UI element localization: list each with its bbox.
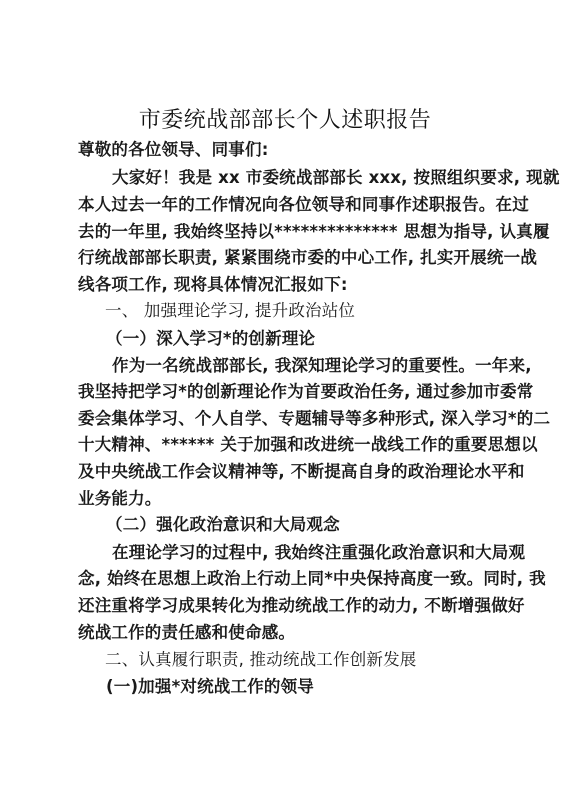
section-heading-1: 一、 加强理论学习, 提升政治站位	[105, 300, 525, 322]
paragraph-line: 委会集体学习、个人自学、专题辅导等多种形式, 深入学习*的二	[78, 408, 498, 430]
subsection-heading: （二）强化政治意识和大局观念	[106, 514, 526, 536]
paragraph-line: 十大精神、****** 关于加强和改进统一战线工作的重要思想以	[78, 434, 498, 456]
paragraph-line: 统战工作的责任感和使命感。	[78, 622, 498, 644]
document-page: 市委统战部部长个人述职报告 尊敬的各位领导、同事们: 大家好！我是 xx 市委统…	[0, 0, 570, 807]
subsection-heading: （一）深入学习*的创新理论	[106, 328, 526, 350]
paragraph-line: 我坚持把学习*的创新理论作为首要政治任务, 通过参加市委常	[78, 381, 498, 403]
subsection-heading: (一)加强*对统战工作的领导	[106, 676, 526, 698]
section-heading-2: 二、认真履行职责, 推动统战工作创新发展	[105, 649, 525, 671]
salutation: 尊敬的各位领导、同事们:	[78, 139, 498, 161]
paragraph-line: 本人过去一年的工作情况向各位领导和同事作述职报告。在过	[78, 194, 498, 216]
paragraph-line: 在理论学习的过程中, 我始终注重强化政治意识和大局观	[112, 542, 532, 564]
paragraph-line: 及中央统战工作会议精神等, 不断提高自身的政治理论水平和	[78, 461, 498, 483]
paragraph-line: 念, 始终在思想上政治上行动上同*中央保持高度一致。同时, 我	[78, 568, 498, 590]
paragraph-line: 去的一年里, 我始终坚持以************** 思想为指导, 认真履	[78, 221, 498, 243]
paragraph-line: 大家好！我是 xx 市委统战部部长 xxx, 按照组织要求, 现就	[112, 167, 532, 189]
paragraph-line: 还注重将学习成果转化为推动统战工作的动力, 不断增强做好	[78, 595, 498, 617]
paragraph-line: 业务能力。	[78, 488, 498, 510]
paragraph-line: 作为一名统战部部长, 我深知理论学习的重要性。一年来,	[112, 355, 532, 377]
paragraph-line: 行统战部部长职责, 紧紧围绕市委的中心工作, 扎实开展统一战	[78, 247, 498, 269]
paragraph-line: 线各项工作, 现将具体情况汇报如下:	[78, 274, 498, 296]
document-title: 市委统战部部长个人述职报告	[0, 106, 570, 136]
